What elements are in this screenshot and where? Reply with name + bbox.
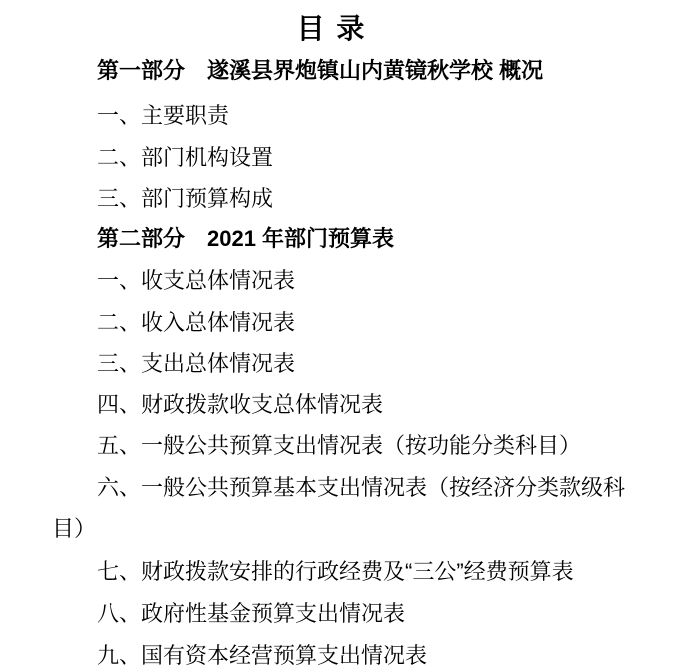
toc-item-part2-6: 六、一般公共预算基本支出情况表（按经济分类款级科目） — [52, 467, 632, 549]
part-1-heading: 第一部分 遂溪县界炮镇山内黄镜秋学校 概况 — [97, 60, 543, 82]
toc-item-part1-1: 一、主要职责 — [97, 105, 229, 127]
document-page: 目 录 第一部分 遂溪县界炮镇山内黄镜秋学校 概况 一、主要职责 二、部门机构设… — [0, 0, 683, 668]
toc-item-part2-2: 二、收入总体情况表 — [97, 312, 295, 334]
toc-item-part1-3: 三、部门预算构成 — [97, 188, 273, 210]
toc-item-part2-5: 五、一般公共预算支出情况表（按功能分类科目） — [97, 435, 581, 457]
toc-item-part2-8: 八、政府性基金预算支出情况表 — [97, 603, 405, 625]
toc-item-part1-2: 二、部门机构设置 — [97, 147, 273, 169]
part-2-heading: 第二部分 2021 年部门预算表 — [97, 228, 394, 250]
toc-item-part2-4: 四、财政拨款收支总体情况表 — [97, 394, 383, 416]
toc-item-part2-7: 七、财政拨款安排的行政经费及“三公”经费预算表 — [97, 561, 574, 583]
toc-title: 目 录 — [0, 15, 663, 43]
toc-item-part2-3: 三、支出总体情况表 — [97, 353, 295, 375]
toc-item-part2-9: 九、国有资本经营预算支出情况表 — [97, 645, 427, 667]
toc-item-part2-1: 一、收支总体情况表 — [97, 270, 295, 292]
